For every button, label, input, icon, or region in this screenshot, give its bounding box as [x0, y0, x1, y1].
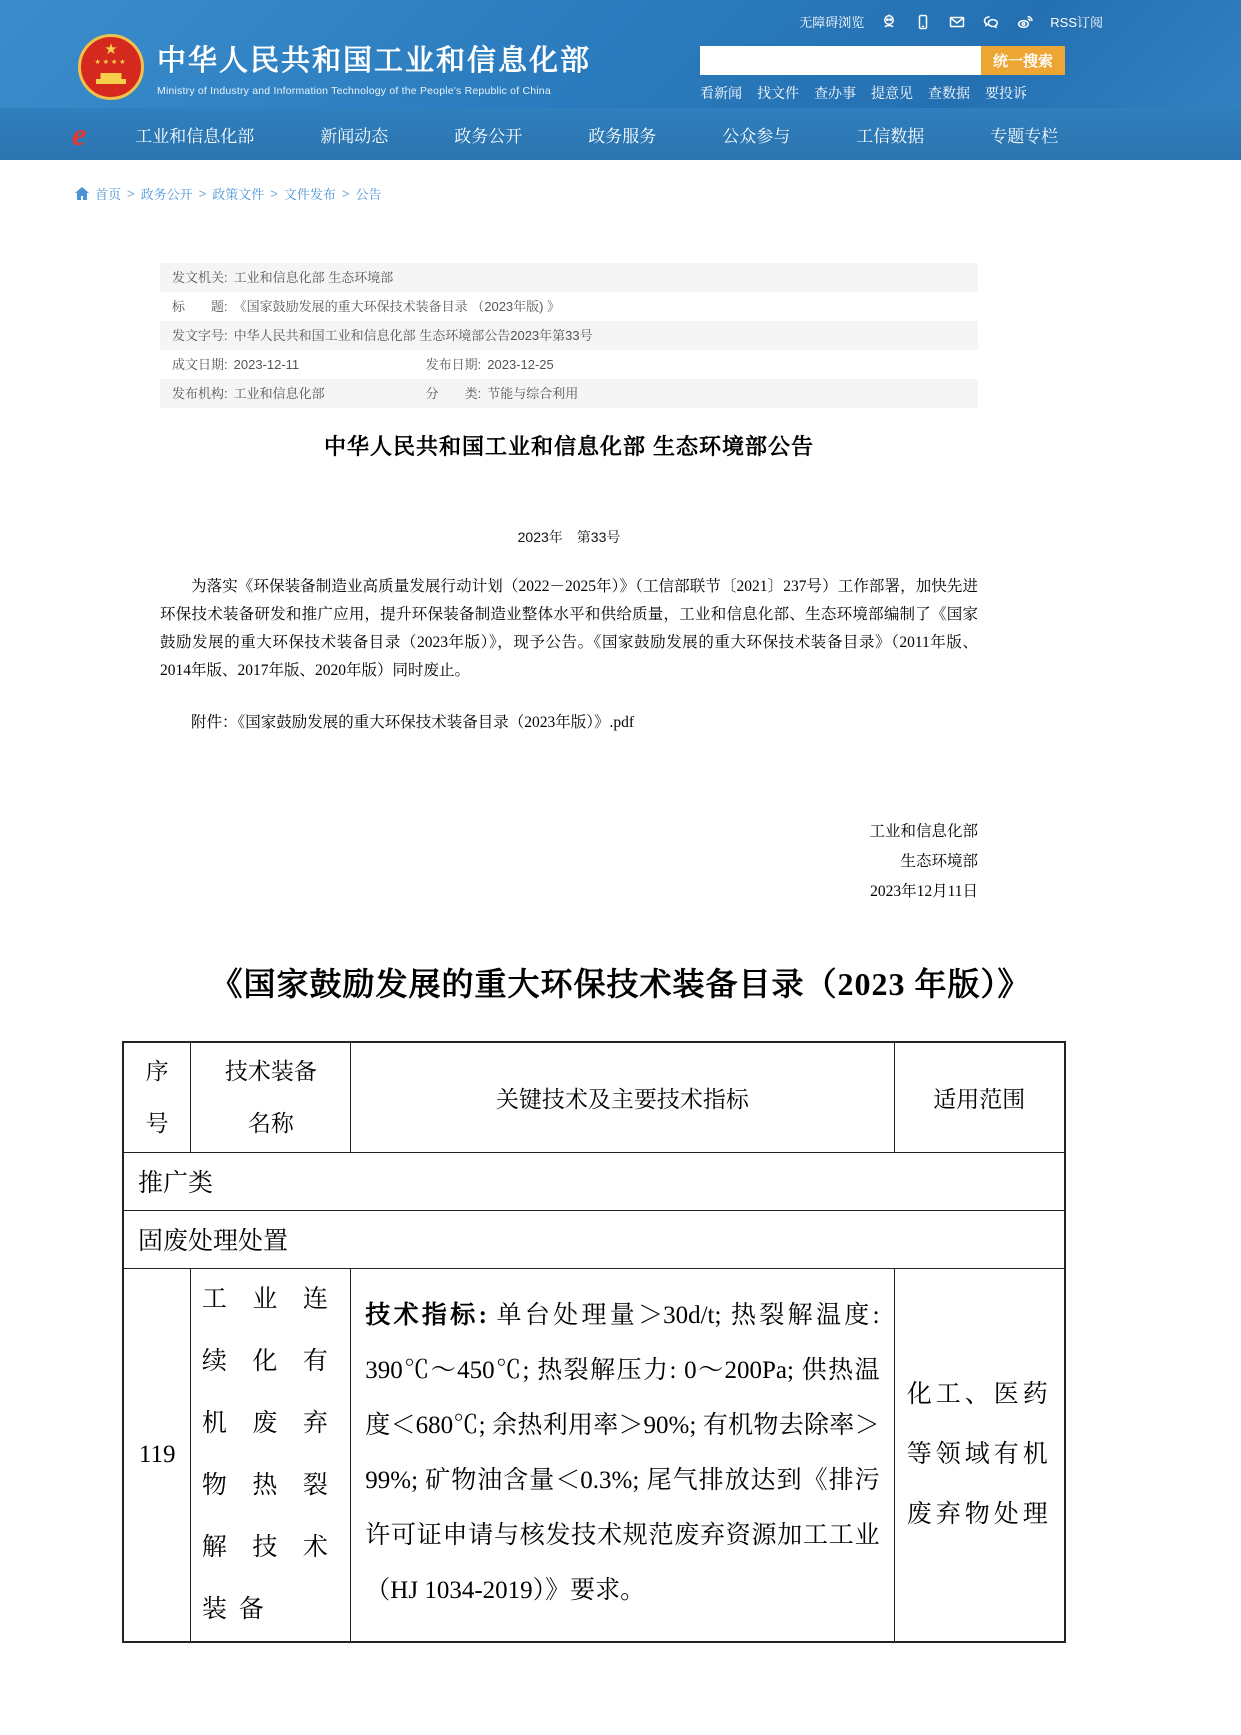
emblem-star-icon: ★ [104, 42, 117, 57]
meta-value: 工业和信息化部 生态环境部 [234, 270, 394, 285]
document-content: 发文机关:工业和信息化部 生态环境部 标 题:《国家鼓励发展的重大环保技术装备目… [160, 263, 978, 907]
breadcrumb-separator: > [127, 186, 135, 201]
topbar: 无障碍浏览 RSS订阅 [799, 12, 1103, 31]
home-icon[interactable] [75, 187, 89, 200]
quick-link-data[interactable]: 查数据 [928, 83, 970, 103]
quick-link-complaint[interactable]: 要投诉 [985, 83, 1027, 103]
site-title: 中华人民共和国工业和信息化部 [157, 38, 591, 79]
breadcrumb: 首页 > 政务公开 > 政策文件 > 文件发布 > 公告 [0, 160, 1241, 217]
robot-icon[interactable] [880, 13, 898, 31]
tech-spec-label: 技术指标: [365, 1302, 487, 1329]
site-header: 无障碍浏览 RSS订阅 ★ ★★★★ 中华人民共和国工业和信息化部 Minist… [0, 0, 1241, 160]
breadcrumb-file-release[interactable]: 文件发布 [284, 184, 336, 203]
meta-publisher-category: 发布机构:工业和信息化部 分 类:节能与综合利用 [160, 379, 978, 408]
miit-e-logo-icon: e [72, 118, 86, 150]
quick-links: 看新闻 找文件 查办事 提意见 查数据 要投诉 [700, 83, 1027, 103]
mail-icon[interactable] [948, 13, 966, 31]
meta-value: 工业和信息化部 [234, 386, 325, 401]
meta-label: 发文机关: [172, 270, 228, 285]
meta-value: 《国家鼓励发展的重大环保技术装备目录 （2023年版) 》 [234, 299, 560, 314]
meta-label: 发布机构: [172, 386, 228, 401]
quick-link-news[interactable]: 看新闻 [700, 83, 742, 103]
emblem-gate-icon [96, 73, 126, 84]
quick-link-files[interactable]: 找文件 [757, 83, 799, 103]
col-header-spec: 关键技术及主要技术指标 [351, 1042, 894, 1152]
breadcrumb-announcement[interactable]: 公告 [355, 184, 381, 203]
col-header-scope: 适用范围 [894, 1042, 1065, 1152]
cell-serial-no: 119 [123, 1268, 191, 1642]
meta-title: 标 题:《国家鼓励发展的重大环保技术装备目录 （2023年版) 》 [160, 292, 978, 321]
announcement-number: 2023年 第33号 [160, 527, 978, 547]
signature-block: 工业和信息化部 生态环境部 2023年12月11日 [160, 817, 978, 907]
col-header-no: 序号 [123, 1042, 191, 1152]
nav-item-gov-service[interactable]: 政务服务 [588, 122, 656, 147]
nav-item-data[interactable]: 工信数据 [856, 122, 924, 147]
nav-item-miit[interactable]: 工业和信息化部 [135, 122, 254, 147]
section-row-promotion: 推广类 [123, 1152, 1065, 1210]
weibo-icon[interactable] [1016, 13, 1034, 31]
catalog-title: 《国家鼓励发展的重大环保技术装备目录（2023 年版）》 [0, 959, 1241, 1005]
signer-miit: 工业和信息化部 [160, 817, 978, 847]
nav-item-special[interactable]: 专题专栏 [990, 122, 1058, 147]
breadcrumb-gov-open[interactable]: 政务公开 [141, 184, 193, 203]
attachment-link[interactable]: 附件：《国家鼓励发展的重大环保技术装备目录（2023年版）》.pdf [160, 709, 978, 737]
mobile-icon[interactable] [914, 13, 932, 31]
document-meta: 发文机关:工业和信息化部 生态环境部 标 题:《国家鼓励发展的重大环保技术装备目… [160, 263, 978, 408]
meta-label: 分 类: [426, 386, 482, 401]
catalog-table: 序号 技术装备名称 关键技术及主要技术指标 适用范围 推广类 固废处理处置 11… [122, 1041, 1066, 1643]
wechat-icon[interactable] [982, 13, 1000, 31]
meta-value: 中华人民共和国工业和信息化部 生态环境部公告2023年第33号 [234, 328, 593, 343]
quick-link-feedback[interactable]: 提意见 [871, 83, 913, 103]
announcement-body: 为落实《环保装备制造业高质量发展行动计划（2022－2025年）》（工信部联节〔… [160, 573, 978, 685]
nav-item-participation[interactable]: 公众参与 [722, 122, 790, 147]
search-area: 统一搜索 [700, 46, 1065, 75]
equipment-name-text: 工业连续化有机废弃物热裂解技术装备 [202, 1269, 340, 1641]
meta-value: 节能与综合利用 [487, 386, 578, 401]
accessibility-link[interactable]: 无障碍浏览 [799, 12, 864, 31]
site-subtitle: Ministry of Industry and Information Tec… [157, 85, 591, 97]
nav-item-gov-open[interactable]: 政务公开 [454, 122, 522, 147]
cell-application-scope: 化工、医药等领域有机废弃物处理 [894, 1268, 1065, 1642]
meta-doc-number: 发文字号:中华人民共和国工业和信息化部 生态环境部公告2023年第33号 [160, 321, 978, 350]
breadcrumb-home[interactable]: 首页 [95, 184, 121, 203]
breadcrumb-separator: > [270, 186, 278, 201]
section-label-solid-waste: 固废处理处置 [123, 1210, 1065, 1268]
catalog-header-row: 序号 技术装备名称 关键技术及主要技术指标 适用范围 [123, 1042, 1065, 1152]
national-emblem-icon: ★ ★★★★ [78, 34, 144, 100]
page-bottom-whitespace [0, 1643, 1241, 1735]
cell-equipment-name: 工业连续化有机废弃物热裂解技术装备 [191, 1268, 351, 1642]
meta-label: 标 题: [172, 299, 228, 314]
breadcrumb-separator: > [199, 186, 207, 201]
meta-dates: 成文日期:2023-12-11 发布日期:2023-12-25 [160, 350, 978, 379]
meta-value: 2023-12-11 [234, 357, 300, 372]
cell-tech-spec: 技术指标: 单台处理量＞30d/t; 热裂解温度: 390℃～450℃; 热裂解… [351, 1268, 894, 1642]
meta-issuing-agency: 发文机关:工业和信息化部 生态环境部 [160, 263, 978, 292]
quick-link-services[interactable]: 查办事 [814, 83, 856, 103]
application-scope-text: 化工、医药等领域有机废弃物处理 [907, 1365, 1052, 1545]
col-header-name-label: 技术装备名称 [223, 1045, 319, 1149]
signer-mee: 生态环境部 [160, 847, 978, 877]
breadcrumb-policy-files[interactable]: 政策文件 [212, 184, 264, 203]
col-header-name: 技术装备名称 [191, 1042, 351, 1152]
meta-label: 发文字号: [172, 328, 228, 343]
tech-spec-text: 单台处理量＞30d/t; 热裂解温度: 390℃～450℃; 热裂解压力: 0～… [365, 1302, 879, 1604]
table-row: 119 工业连续化有机废弃物热裂解技术装备 技术指标: 单台处理量＞30d/t;… [123, 1268, 1065, 1642]
meta-value: 2023-12-25 [487, 357, 554, 372]
site-brand: ★ ★★★★ 中华人民共和国工业和信息化部 Ministry of Indust… [78, 34, 591, 100]
search-button[interactable]: 统一搜索 [981, 46, 1065, 75]
rss-link[interactable]: RSS订阅 [1050, 12, 1103, 31]
sign-date: 2023年12月11日 [160, 877, 978, 907]
announcement-title: 中华人民共和国工业和信息化部 生态环境部公告 [160, 430, 978, 461]
emblem-small-stars-icon: ★★★★ [94, 59, 127, 66]
breadcrumb-separator: > [342, 186, 350, 201]
meta-label: 成文日期: [172, 357, 228, 372]
col-header-no-label: 序号 [145, 1045, 170, 1149]
search-input[interactable] [700, 46, 981, 75]
section-row-solid-waste: 固废处理处置 [123, 1210, 1065, 1268]
nav-item-news[interactable]: 新闻动态 [320, 122, 388, 147]
meta-label: 发布日期: [426, 357, 482, 372]
section-label-promotion: 推广类 [123, 1152, 1065, 1210]
main-nav: e 工业和信息化部 新闻动态 政务公开 政务服务 公众参与 工信数据 专题专栏 [0, 108, 1241, 160]
